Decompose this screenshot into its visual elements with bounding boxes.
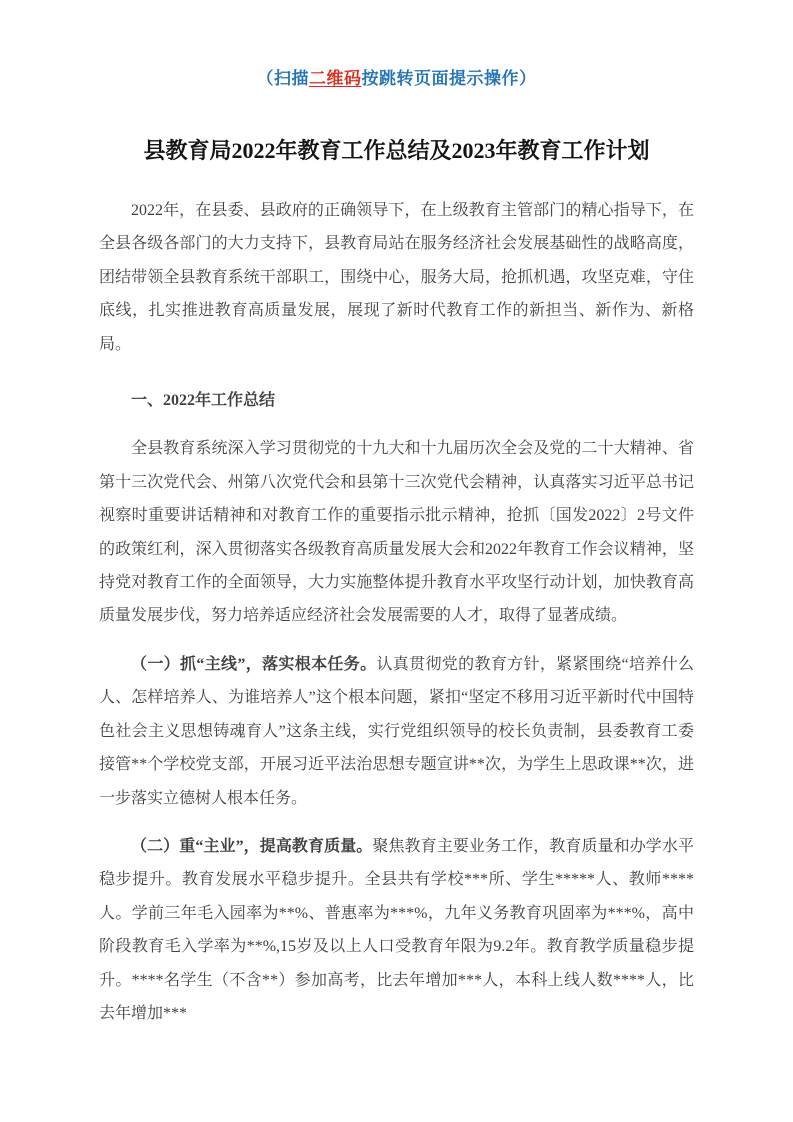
scan-instruction-suffix: 按跳转页面提示操作） [362,69,537,88]
item-1-lead: （一）抓“主线”，落实根本任务。 [131,656,376,673]
document-page: （扫描二维码按跳转页面提示操作） 县教育局2022年教育工作总结及2023年教育… [0,0,793,1122]
section-1-overview-paragraph: 全县教育系统深入学习贯彻党的十九大和十九届历次全会及党的二十大精神、省第十三次党… [99,432,694,632]
scan-instruction: （扫描二维码按跳转页面提示操作） [99,66,694,92]
item-2-text: 聚焦教育主要业务工作，教育质量和办学水平稳步提升。教育发展水平稳步提升。全县共有… [99,838,694,1022]
item-1-text: 认真贯彻党的教育方针，紧紧围绕“培养什么人、怎样培养人、为谁培养人”这个根本问题… [99,656,694,807]
document-title: 县教育局2022年教育工作总结及2023年教育工作计划 [99,134,694,168]
section-1-heading: 一、2022年工作总结 [99,384,694,417]
section-1-item-1-paragraph: （一）抓“主线”，落实根本任务。认真贯彻党的教育方针，紧紧围绕“培养什么人、怎样… [99,648,694,815]
item-2-lead: （二）重“主业”，提高教育质量。 [131,838,372,855]
qr-code-link[interactable]: 二维码 [309,69,362,88]
scan-instruction-prefix: （扫描 [257,69,310,88]
section-1-item-2-paragraph: （二）重“主业”，提高教育质量。聚焦教育主要业务工作，教育质量和办学水平稳步提升… [99,830,694,1030]
intro-paragraph: 2022年，在县委、县政府的正确领导下，在上级教育主管部门的精心指导下，在全县各… [99,194,694,361]
